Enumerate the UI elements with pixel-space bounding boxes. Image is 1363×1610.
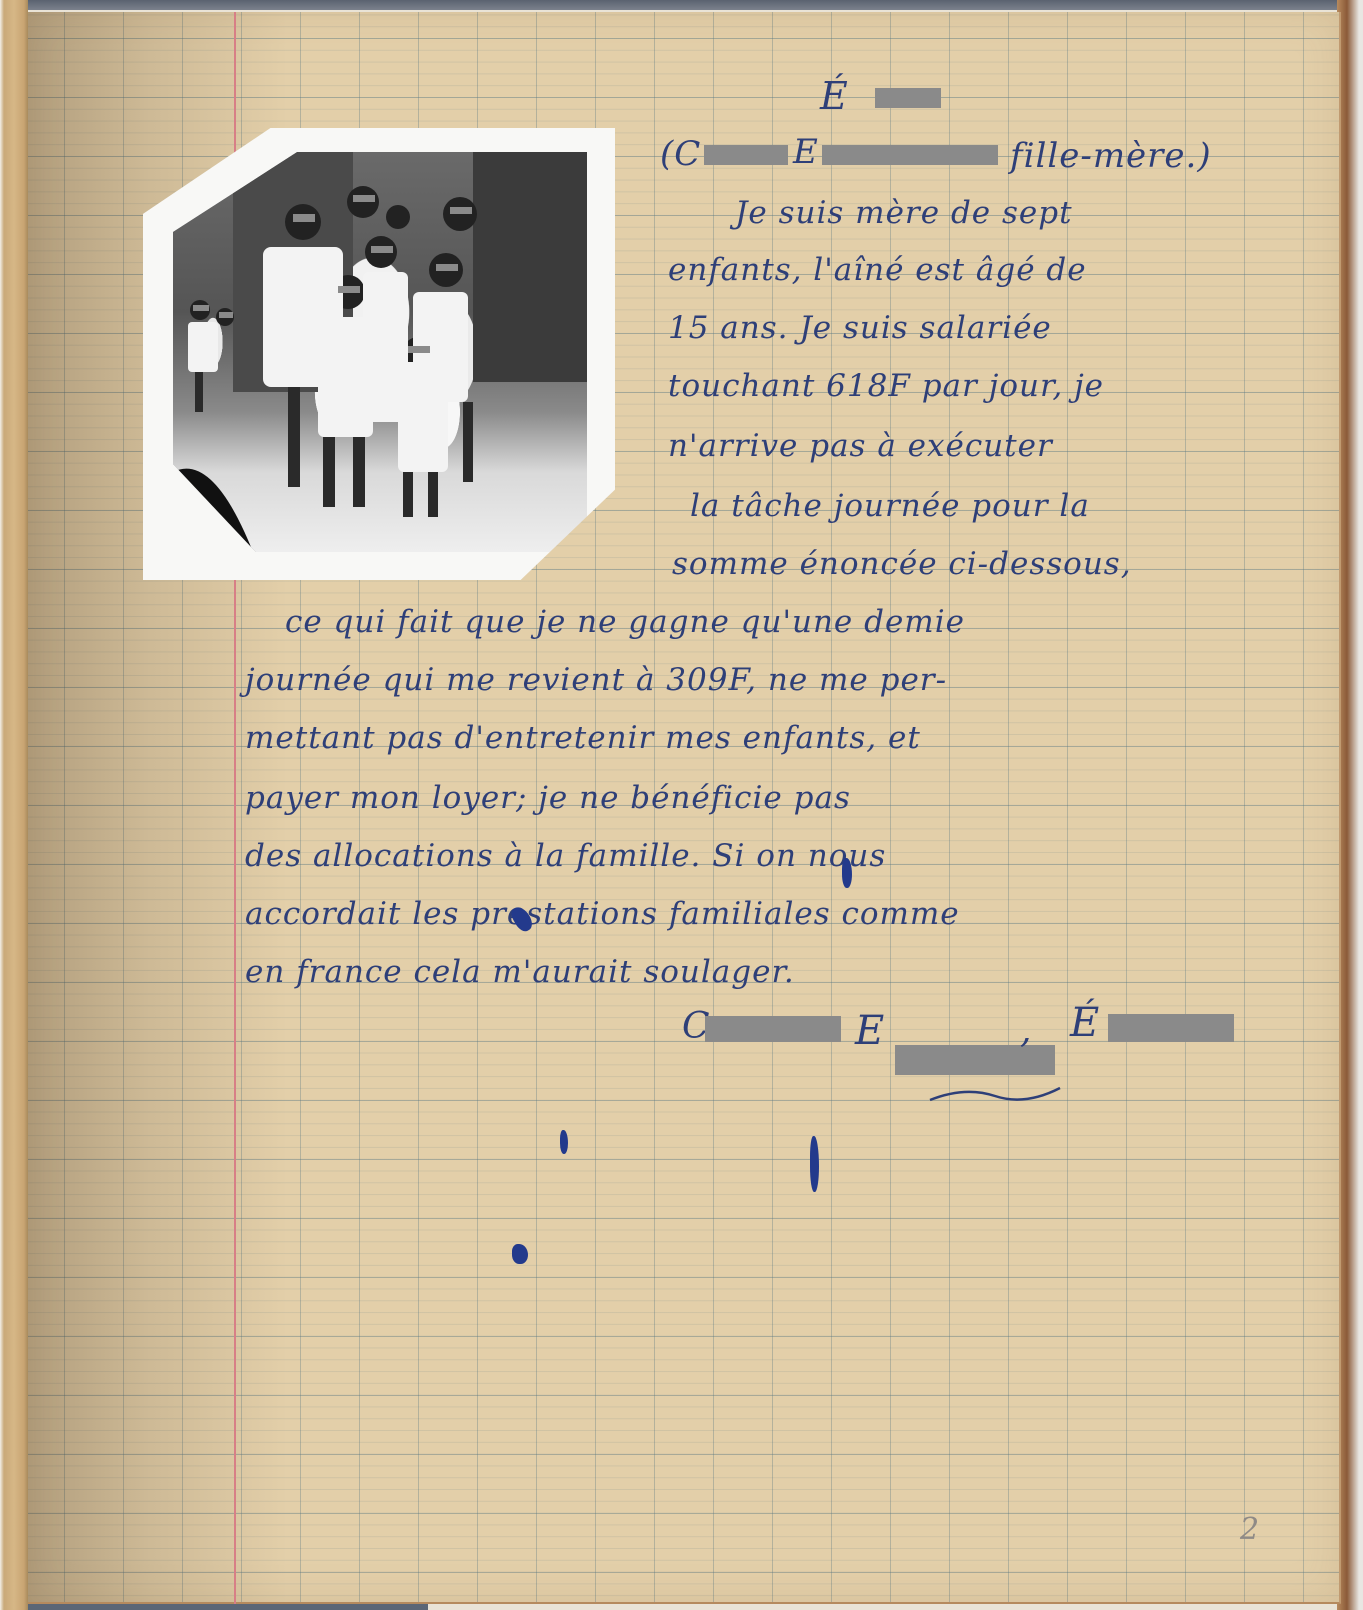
text-line: ce qui fait que je ne gagne qu'une demie <box>285 604 965 640</box>
subtitle-initial: E <box>793 132 819 172</box>
text-line: des allocations à la famille. Si on nous <box>245 838 886 874</box>
text-line: 15 ans. Je suis salariée <box>668 310 1052 346</box>
notebook-page-edges <box>0 0 28 1610</box>
photo-figures <box>173 152 587 552</box>
subtitle-descriptor: fille-mère.) <box>1010 136 1212 176</box>
text-line: en france cela m'aurait soulager. <box>245 954 795 990</box>
ink-blot <box>560 1130 568 1154</box>
page-number: 2 <box>1240 1512 1259 1547</box>
subtitle-open: (C <box>660 134 701 174</box>
text-line: accordait les prestations familiales com… <box>245 896 960 932</box>
text-line: mettant pas d'entretenir mes enfants, et <box>245 720 921 756</box>
family-photo-image <box>173 152 587 552</box>
text-line: touchant 618F par jour, je <box>668 368 1104 404</box>
title-initial: É <box>820 74 849 118</box>
text-line: la tâche journée pour la <box>690 488 1090 524</box>
text-line: payer mon loyer; je ne bénéficie pas <box>245 780 851 816</box>
text-line: enfants, l'aîné est âgé de <box>668 252 1087 288</box>
ink-blot <box>512 1244 528 1264</box>
redaction-bar <box>704 145 788 165</box>
text-line: n'arrive pas à exécuter <box>668 428 1053 464</box>
text-line: somme énoncée ci-dessous, <box>672 546 1132 582</box>
pasted-photograph <box>143 128 615 580</box>
redaction-bar <box>822 145 998 165</box>
signature-underline <box>925 1078 1065 1108</box>
signature-last-initial: É <box>1070 1000 1100 1046</box>
text-line: journée qui me revient à 309F, ne me per… <box>245 662 947 698</box>
signature-separator: , <box>1020 1010 1032 1051</box>
redaction-bar <box>705 1016 841 1042</box>
notebook-cover-top <box>28 0 1358 10</box>
redaction-bar <box>875 88 941 108</box>
redaction-bar <box>1108 1014 1234 1042</box>
signature-middle-initial: E <box>855 1008 885 1054</box>
ink-blot <box>842 858 852 888</box>
text-line: Je suis mère de sept <box>735 195 1073 231</box>
